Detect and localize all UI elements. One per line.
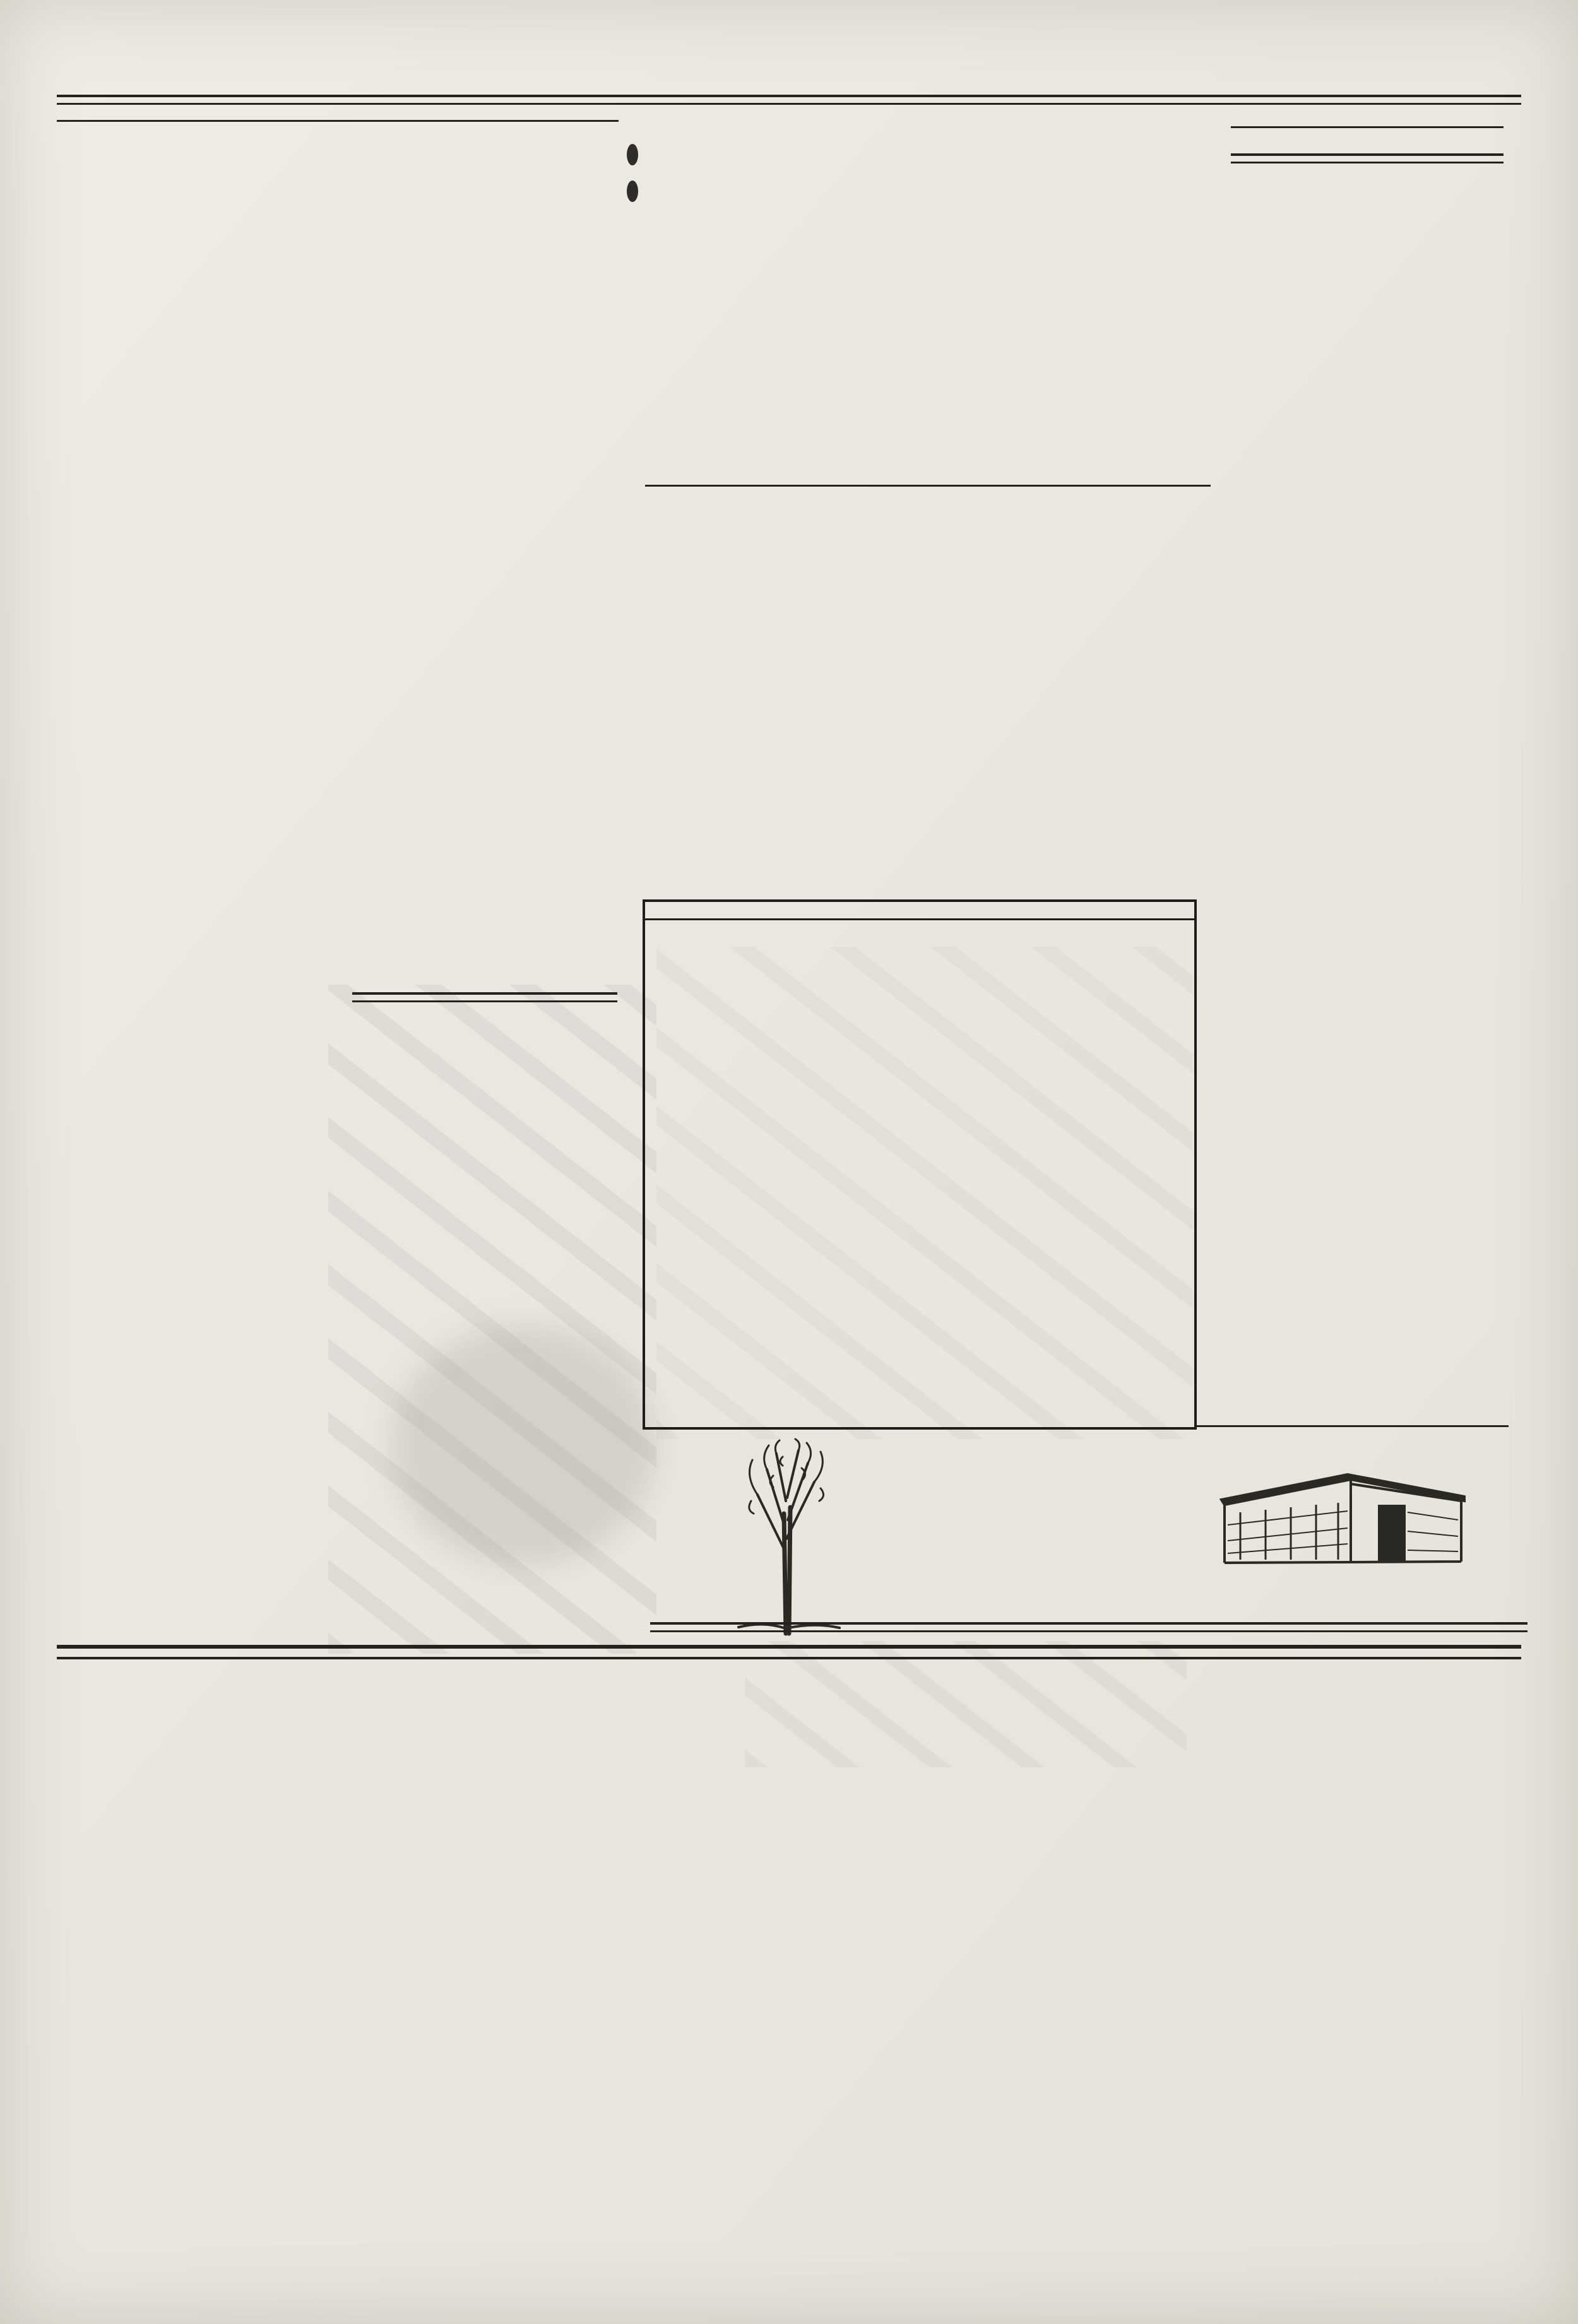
fuci-section xyxy=(352,1007,617,1645)
coop-column-4 xyxy=(939,1767,1214,2316)
ad-top-divider xyxy=(1197,1425,1509,1427)
ink-spot xyxy=(627,181,638,202)
thanksgiving-section xyxy=(645,485,1211,897)
convegno-column-1 xyxy=(645,117,918,474)
main-article-column-1 xyxy=(57,285,332,1617)
library-notice xyxy=(1231,126,1504,138)
divider xyxy=(1231,153,1504,163)
coop-column-3 xyxy=(645,1767,920,2316)
convegno-column-2 xyxy=(938,117,1211,477)
agenda-box xyxy=(643,899,1197,1430)
agenda-column-left xyxy=(645,920,920,953)
coop-column-1 xyxy=(57,1767,332,2316)
masthead-divider xyxy=(57,95,1521,105)
warehouse-illustration xyxy=(1215,1462,1468,1569)
agenda-columns xyxy=(645,920,1194,953)
scan-artifact-stripes xyxy=(745,1641,1187,1767)
newspaper-page xyxy=(0,0,1578,2324)
section-divider xyxy=(57,1645,1521,1659)
kicker-wrap xyxy=(57,114,619,122)
centro-animazione-section xyxy=(1230,656,1507,1423)
convegno-column-3 xyxy=(1231,117,1504,654)
tree-illustration xyxy=(713,1438,858,1637)
coop-column-5 xyxy=(1233,1767,1509,2316)
agenda-column-right xyxy=(920,920,1194,953)
fuci-divider xyxy=(352,992,617,1002)
coop-column-2 xyxy=(351,1767,626,2316)
agenda-title xyxy=(645,902,1194,920)
ink-spot xyxy=(627,144,638,165)
ad-bottom-divider xyxy=(650,1622,1528,1632)
main-article-column-2 xyxy=(352,285,617,995)
